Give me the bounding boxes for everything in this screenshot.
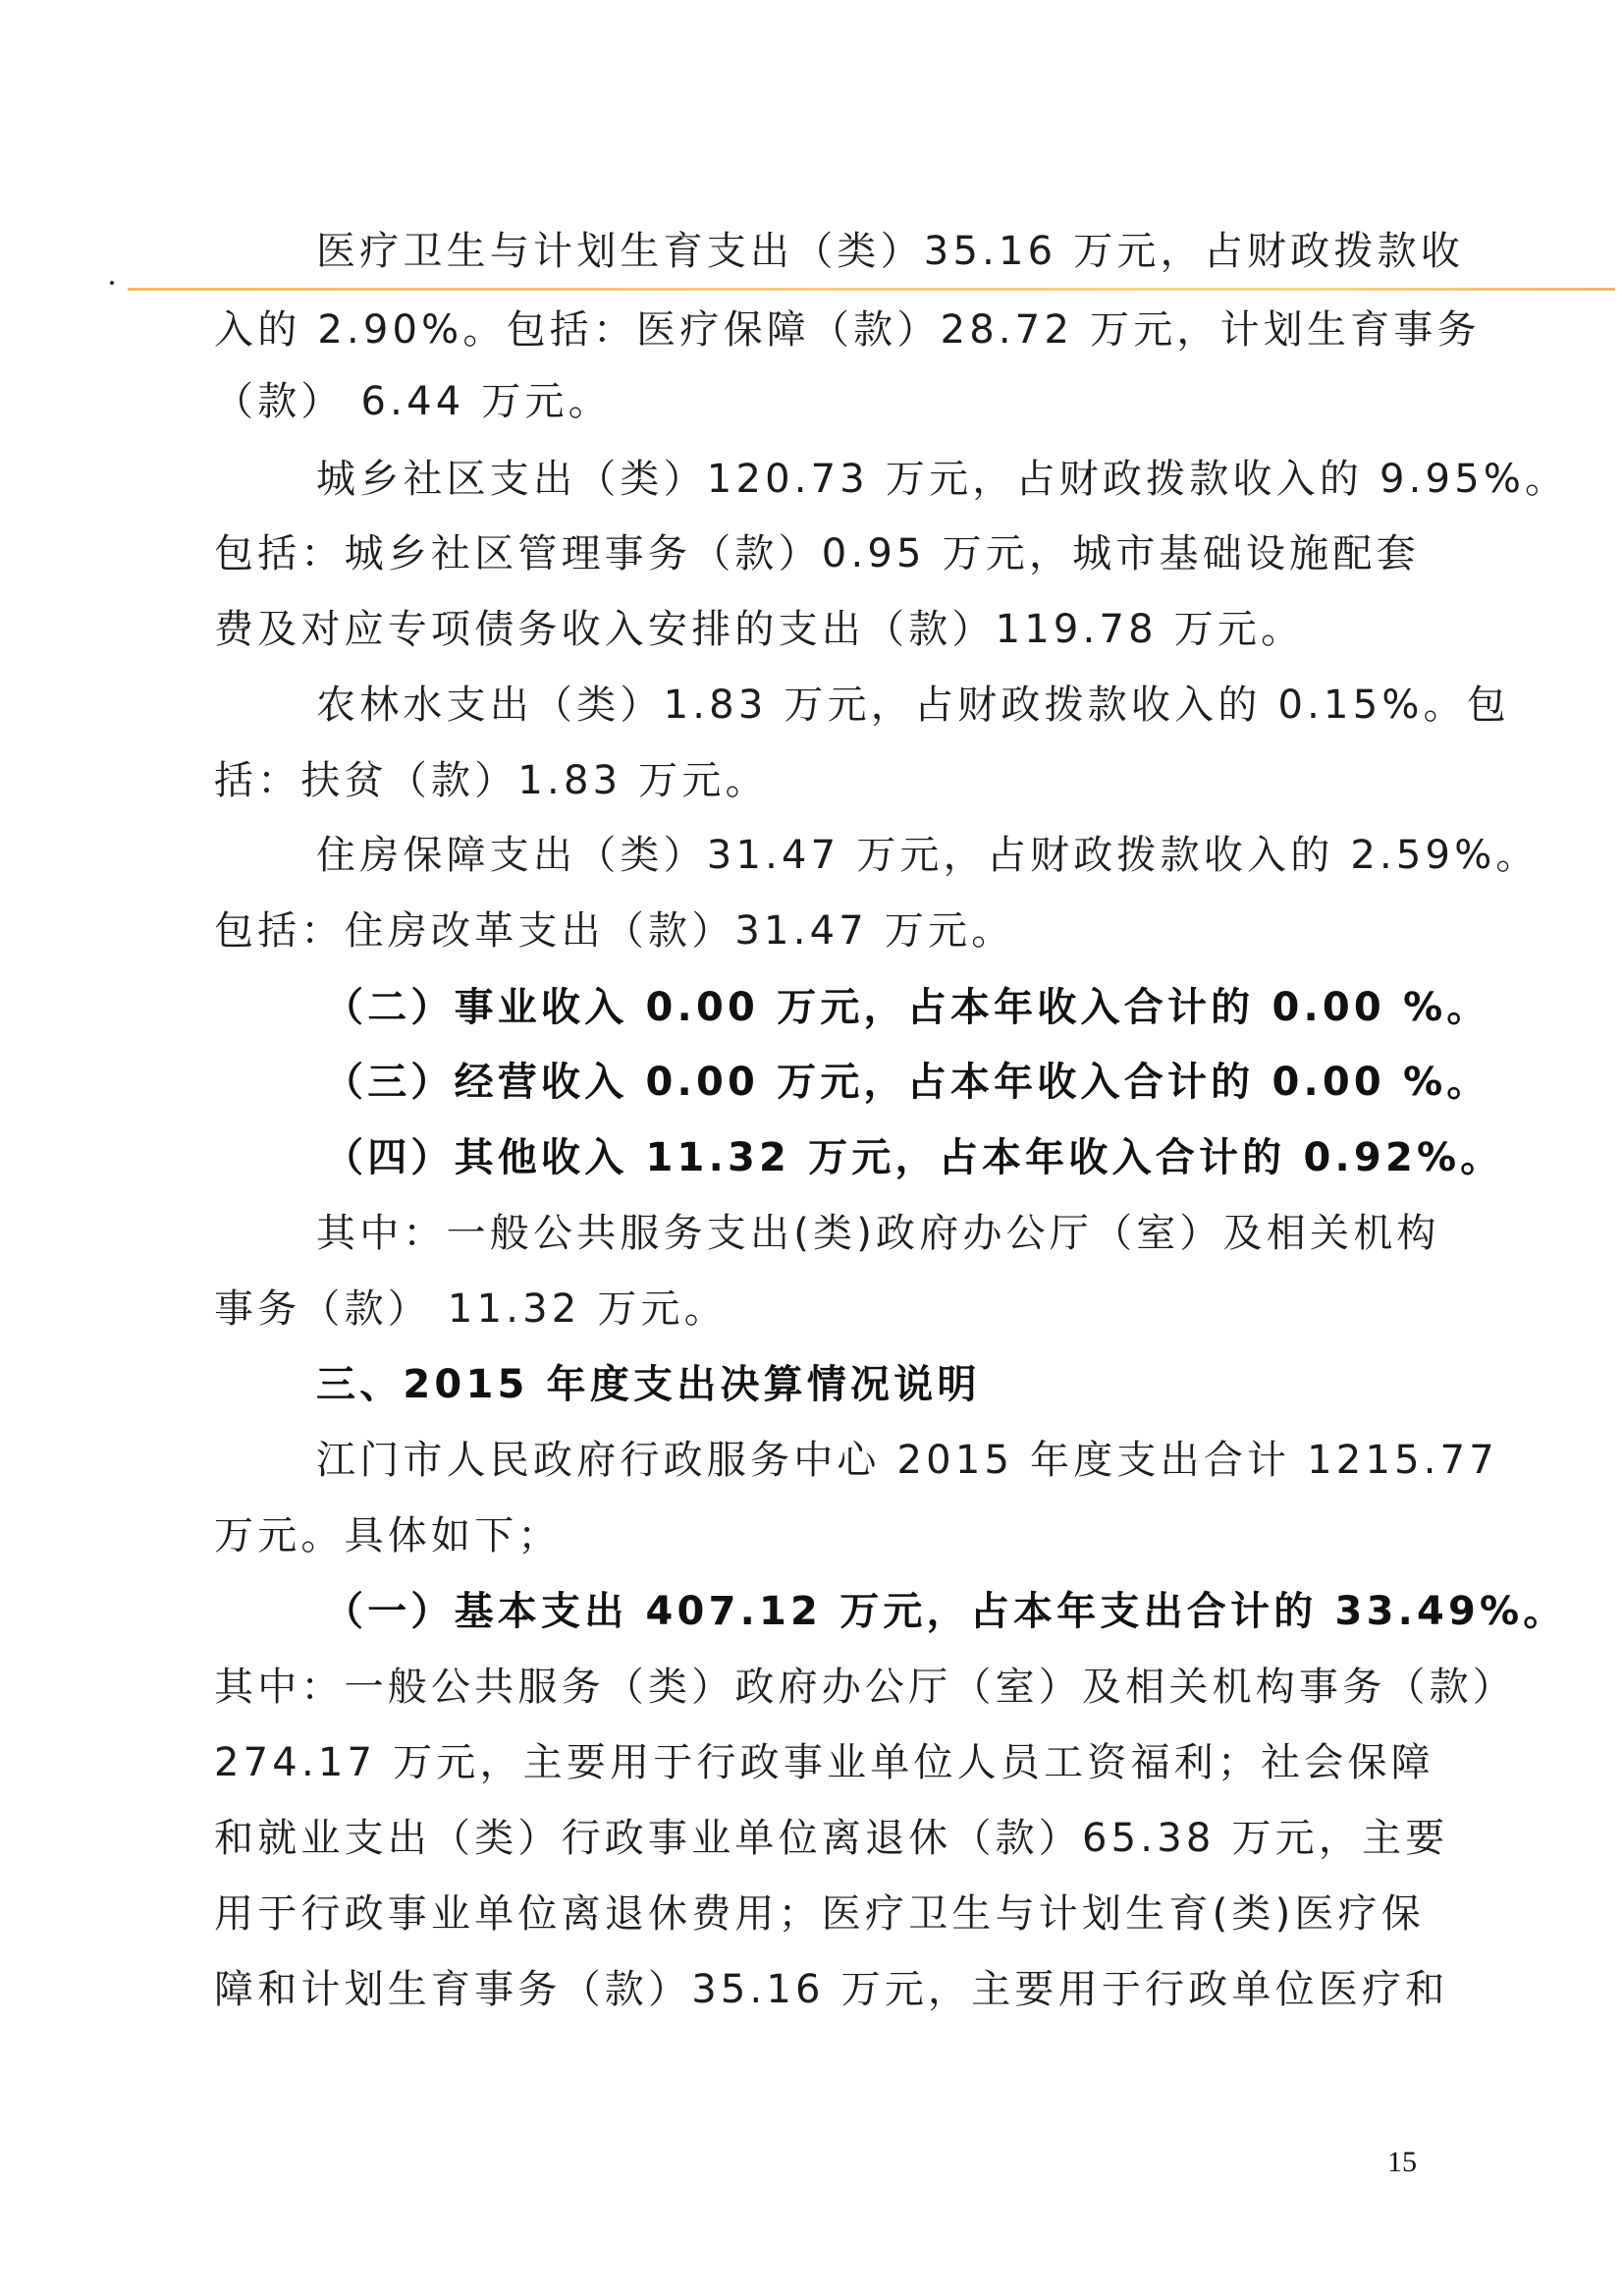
paragraph-line: 用于行政事业单位离退休费用；医疗卫生与计划生育(类)医疗保: [214, 1890, 1436, 1938]
paragraph-line: 事务（款） 11.32 万元。: [214, 1285, 1436, 1333]
scan-artifact-dot: [109, 280, 114, 285]
section-heading-expenditure: 三、2015 年度支出决算情况说明: [316, 1361, 1539, 1408]
paragraph-line: 括：扶贫（款）1.83 万元。: [214, 757, 1436, 804]
section-heading-other-income: （四）其他收入 11.32 万元，占本年收入合计的 0.92%。: [324, 1134, 1546, 1181]
paragraph-line: 江门市人民政府行政服务中心 2015 年度支出合计 1215.77: [316, 1437, 1436, 1484]
section-heading-business-income: （二）事业收入 0.00 万元，占本年收入合计的 0.00 %。: [324, 984, 1546, 1031]
paragraph-line: 费及对应专项债务收入安排的支出（款）119.78 万元。: [214, 606, 1436, 653]
document-page: 医疗卫生与计划生育支出（类）35.16 万元，占财政拨款收 入的 2.90%。包…: [0, 0, 1623, 2296]
paragraph-line: 274.17 万元，主要用于行政事业单位人员工资福利；社会保障: [214, 1739, 1436, 1786]
paragraph-line: 入的 2.90%。包括：医疗保障（款）28.72 万元，计划生育事务: [214, 306, 1436, 354]
paragraph-line: 万元。具体如下；: [214, 1512, 1436, 1559]
paragraph-line: 包括：城乡社区管理事务（款）0.95 万元，城市基础设施配套: [214, 530, 1436, 577]
section-heading-basic-expenditure: （一）基本支出 407.12 万元，占本年支出合计的 33.49%。: [324, 1588, 1546, 1635]
paragraph-line: 其中：一般公共服务（类）政府办公厅（室）及相关机构事务（款）: [214, 1664, 1436, 1711]
page-number: 15: [1387, 2146, 1417, 2179]
scan-artifact-line: [128, 288, 1615, 291]
section-heading-operating-income: （三）经营收入 0.00 万元，占本年收入合计的 0.00 %。: [324, 1059, 1546, 1106]
paragraph-line: 农林水支出（类）1.83 万元，占财政拨款收入的 0.15%。包: [316, 682, 1436, 729]
paragraph-line: 障和计划生育事务（款）35.16 万元，主要用于行政单位医疗和: [214, 1966, 1436, 2013]
paragraph-line: 住房保障支出（类）31.47 万元，占财政拨款收入的 2.59%。: [316, 832, 1436, 879]
paragraph-line: 城乡社区支出（类）120.73 万元，占财政拨款收入的 9.95%。: [316, 456, 1436, 503]
paragraph-line: （款） 6.44 万元。: [214, 378, 1436, 425]
paragraph-line: 其中：一般公共服务支出(类)政府办公厅（室）及相关机构: [316, 1210, 1436, 1257]
paragraph-line: 包括：住房改革支出（款）31.47 万元。: [214, 907, 1436, 955]
paragraph-line: 和就业支出（类）行政事业单位离退休（款）65.38 万元，主要: [214, 1815, 1436, 1862]
paragraph-line: 医疗卫生与计划生育支出（类）35.16 万元，占财政拨款收: [316, 228, 1436, 275]
